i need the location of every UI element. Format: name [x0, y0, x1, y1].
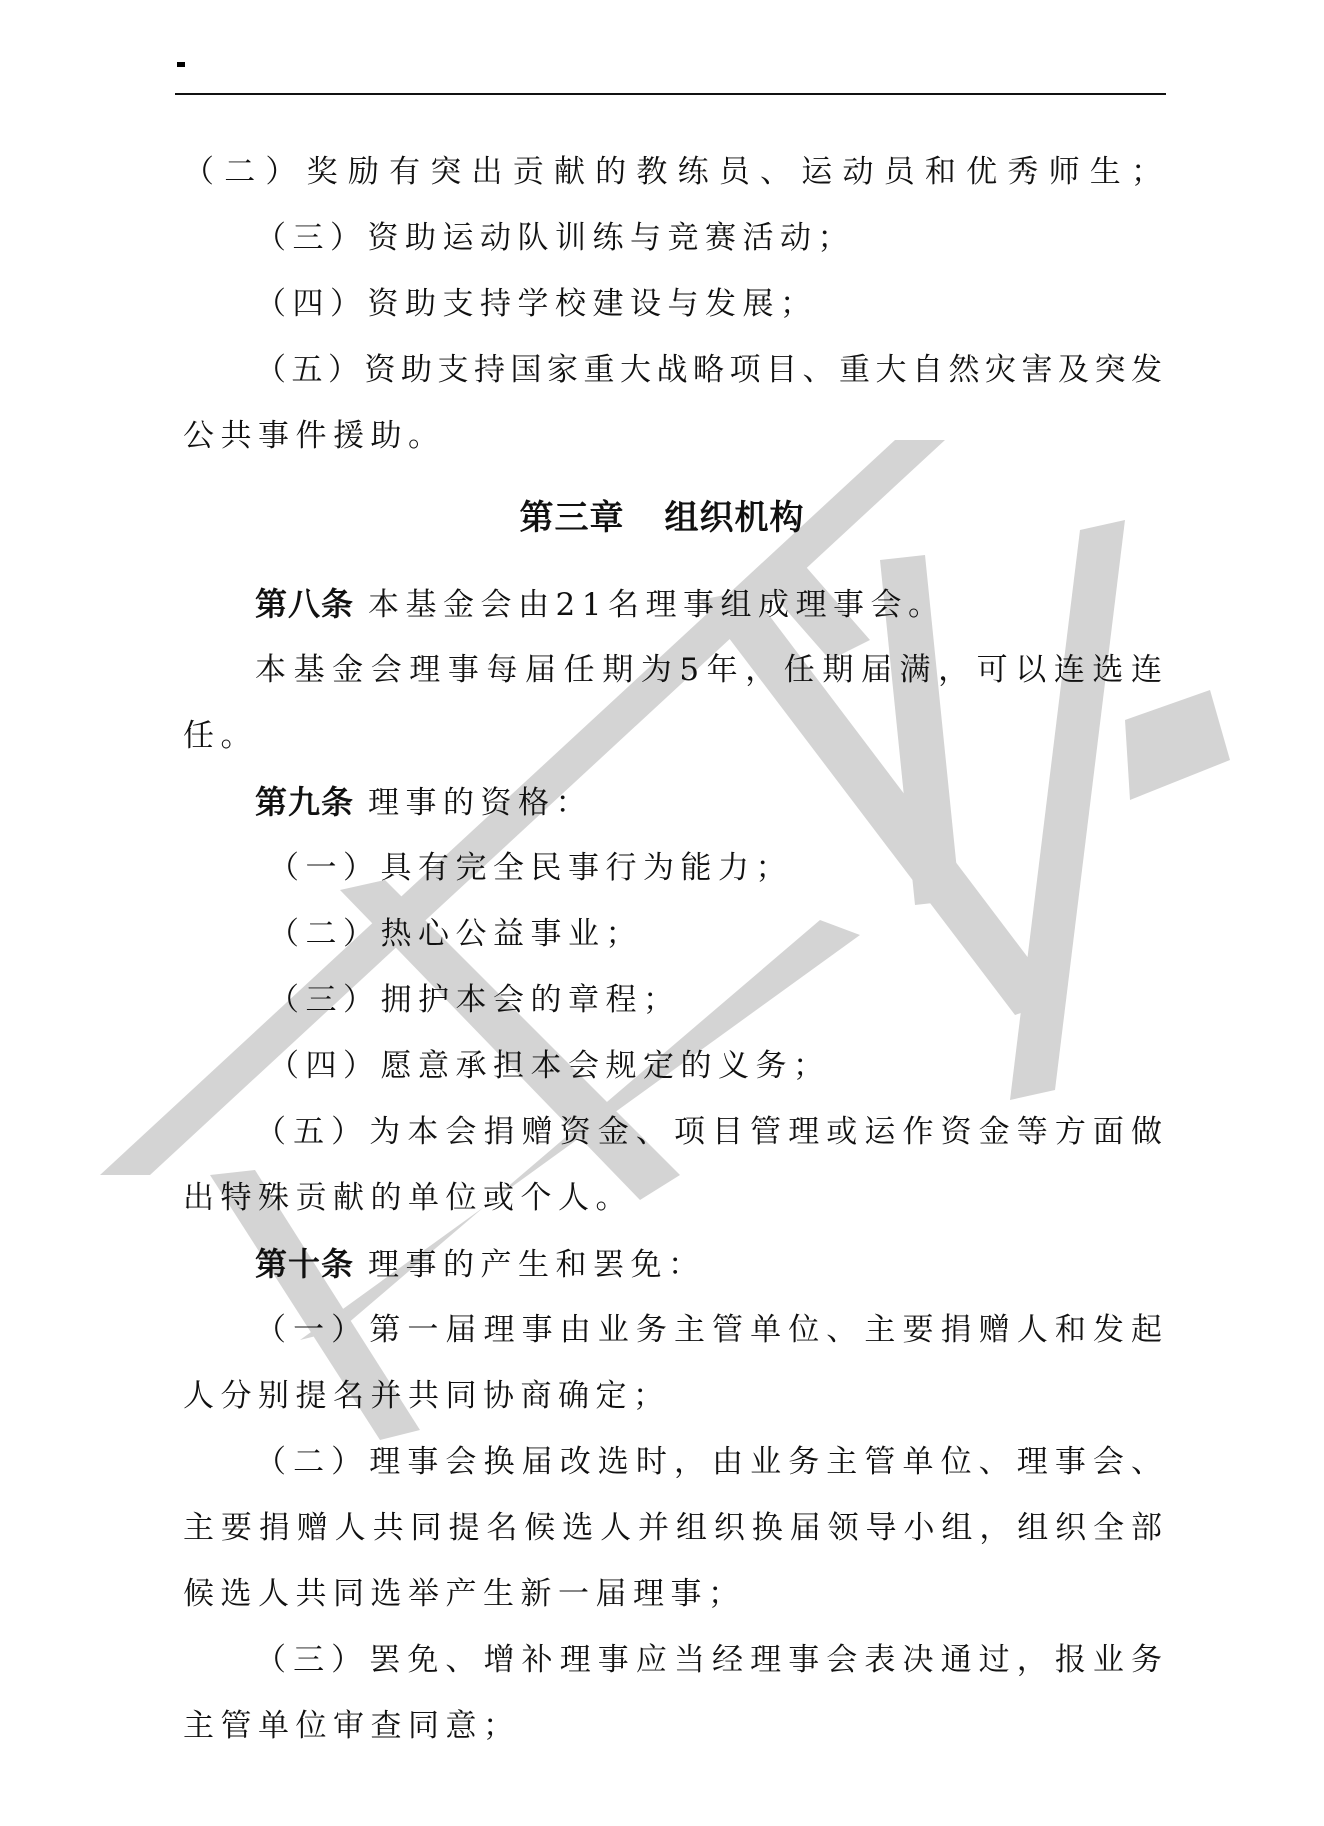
- list-item: （四）愿意承担本会规定的义务；: [268, 1046, 831, 1086]
- article-label: 第八条: [255, 585, 354, 623]
- list-item-continuation: 主管单位审查同意；: [183, 1706, 521, 1746]
- article-label: 第九条: [255, 783, 354, 821]
- article-10: 第十条理事的产生和罢免：: [255, 1244, 706, 1284]
- list-item-continuation: 主要捐赠人共同提名候选人并组织换届领导小组，组织全部: [183, 1508, 1162, 1548]
- chapter-title: 组织机构: [665, 498, 805, 538]
- document-page: （二）奖励有突出贡献的教练员、运动员和优秀师生； （三）资助运动队训练与竞赛活动…: [0, 0, 1324, 1826]
- list-item: （五）为本会捐赠资金、项目管理或运作资金等方面做: [255, 1112, 1162, 1152]
- list-item-continuation: 人分别提名并共同协商确定；: [183, 1376, 671, 1416]
- list-item-continuation: 公共事件援助。: [183, 416, 446, 456]
- list-item: （三）拥护本会的章程；: [268, 980, 681, 1020]
- list-item: （三）罢免、增补理事应当经理事会表决通过，报业务: [255, 1640, 1162, 1680]
- list-item: （五）资助支持国家重大战略项目、重大自然灾害及突发: [255, 350, 1162, 390]
- article-8: 第八条本基金会由21名理事组成理事会。: [255, 584, 945, 624]
- header-mark: [177, 62, 185, 67]
- article-9: 第九条理事的资格：: [255, 782, 593, 822]
- list-item-continuation: 候选人共同选举产生新一届理事；: [183, 1574, 746, 1614]
- list-item: （二）热心公益事业；: [268, 914, 643, 954]
- chapter-number: 第三章: [520, 498, 625, 538]
- watermark-stamp-icon: [0, 0, 1324, 1826]
- article-text: 本基金会由21名理事组成理事会。: [368, 587, 945, 623]
- article-label: 第十条: [255, 1245, 354, 1283]
- list-item: （四）资助支持学校建设与发展；: [255, 284, 818, 324]
- paragraph-line: 本基金会理事每届任期为5年，任期届满，可以连选连: [255, 650, 1162, 690]
- article-text: 理事的产生和罢免：: [368, 1247, 706, 1283]
- list-item: （一）第一届理事由业务主管单位、主要捐赠人和发起: [255, 1310, 1162, 1350]
- list-item: （三）资助运动队训练与竞赛活动；: [255, 218, 855, 258]
- list-item-continuation: 出特殊贡献的单位或个人。: [183, 1178, 633, 1218]
- list-item: （二）理事会换届改选时，由业务主管单位、理事会、: [255, 1442, 1162, 1482]
- list-item: （二）奖励有突出贡献的教练员、运动员和优秀师生；: [183, 152, 1162, 192]
- paragraph-line: 任。: [183, 716, 258, 756]
- list-item: （一）具有完全民事行为能力；: [268, 848, 793, 888]
- header-rule: [175, 93, 1166, 95]
- article-text: 理事的资格：: [368, 785, 593, 821]
- chapter-heading: 第三章组织机构: [0, 498, 1324, 538]
